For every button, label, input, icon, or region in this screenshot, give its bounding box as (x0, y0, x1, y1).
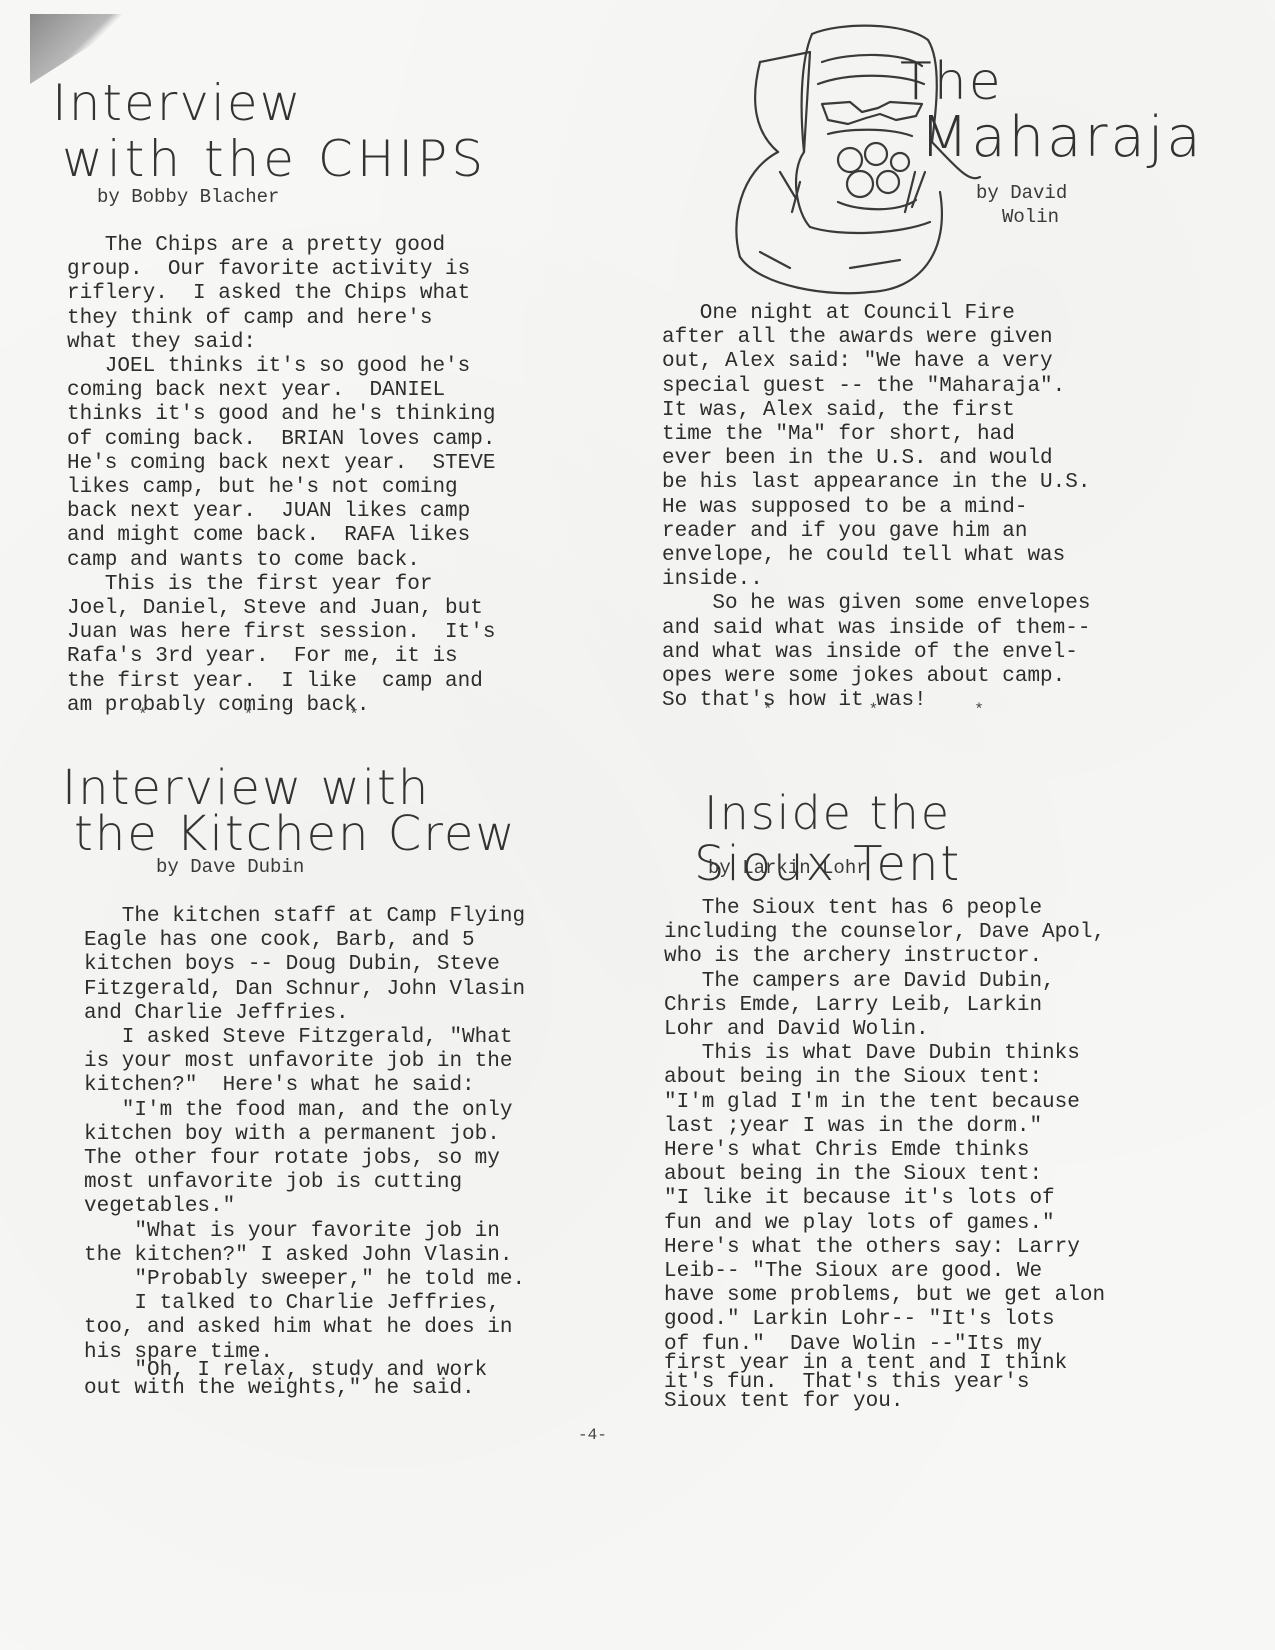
kitchen-title-line-1: Interview with (62, 764, 430, 812)
text-line: Joel, Daniel, Steve and Juan, but (67, 597, 495, 621)
maharaja-separator: * * * (763, 701, 984, 719)
text-line: too, and asked him what he does in (84, 1316, 525, 1340)
text-line: kitchen boy with a permanent job. (84, 1123, 525, 1147)
text-line: fun and we play lots of games." (664, 1212, 1105, 1236)
text-line: group. Our favorite activity is (67, 258, 495, 282)
text-line: Sioux tent for you. (664, 1390, 1105, 1414)
text-line: about being in the Sioux tent: (664, 1066, 1105, 1090)
kitchen-byline: by Dave Dubin (156, 856, 304, 878)
text-line: Rafa's 3rd year. For me, it is (67, 645, 495, 669)
text-line: have some problems, but we get alon (664, 1284, 1105, 1308)
text-line: good." Larkin Lohr-- "It's lots (664, 1308, 1105, 1332)
text-line: coming back next year. DANIEL (67, 379, 495, 403)
maharaja-title-line-2: Maharaja (920, 110, 1204, 166)
text-line: they think of camp and here's (67, 307, 495, 331)
text-line: after all the awards were given (662, 326, 1090, 350)
maharaja-title-line-1: The (900, 56, 1003, 108)
kitchen-body: The kitchen staff at Camp FlyingEagle ha… (84, 905, 525, 1401)
text-line: vegetables." (84, 1195, 525, 1219)
chips-title-line-1: Interview (52, 78, 303, 128)
chips-separator: * * * (138, 706, 359, 724)
text-line: kitchen boys -- Doug Dubin, Steve (84, 953, 525, 977)
text-line: reader and if you gave him an (662, 520, 1090, 544)
text-line: camp and wants to come back. (67, 549, 495, 573)
text-line: Leib-- "The Sioux are good. We (664, 1260, 1105, 1284)
kitchen-title-line-2: the Kitchen Crew (74, 810, 517, 858)
text-line: special guest -- the "Maharaja". (662, 375, 1090, 399)
text-line: Lohr and David Wolin. (664, 1018, 1105, 1042)
text-line: and might come back. RAFA likes (67, 524, 495, 548)
text-line: ever been in the U.S. and would (662, 447, 1090, 471)
text-line: last ;year I was in the dorm." (664, 1115, 1105, 1139)
maharaja-byline-line-1: by David (976, 182, 1067, 204)
text-line: JOEL thinks it's so good he's (67, 355, 495, 379)
text-line: the first year. I like camp and (67, 670, 495, 694)
text-line: Juan was here first session. It's (67, 621, 495, 645)
text-line: who is the archery instructor. (664, 945, 1105, 969)
text-line: The Sioux tent has 6 people (664, 897, 1105, 921)
sioux-body: The Sioux tent has 6 peopleincluding the… (664, 897, 1105, 1414)
text-line: Here's what Chris Emde thinks (664, 1139, 1105, 1163)
text-line: kitchen?" Here's what he said: (84, 1074, 525, 1098)
text-line: is your most unfavorite job in the (84, 1050, 525, 1074)
text-line: I asked Steve Fitzgerald, "What (84, 1026, 525, 1050)
text-line: I talked to Charlie Jeffries, (84, 1292, 525, 1316)
text-line: opes were some jokes about camp. (662, 665, 1090, 689)
text-line: of coming back. BRIAN loves camp. (67, 428, 495, 452)
text-line: "I'm the food man, and the only (84, 1099, 525, 1123)
text-line: This is the first year for (67, 573, 495, 597)
text-line: The Chips are a pretty good (67, 234, 495, 258)
sioux-byline: by Larkin Lohr (708, 857, 868, 879)
text-line: inside.. (662, 568, 1090, 592)
text-line: Fitzgerald, Dan Schnur, John Vlasin (84, 978, 525, 1002)
text-line: "Probably sweeper," he told me. (84, 1268, 525, 1292)
chips-title-line-2: with the CHIPS (62, 134, 487, 184)
text-line: thinks it's good and he's thinking (67, 403, 495, 427)
text-line: out, Alex said: "We have a very (662, 350, 1090, 374)
page-number: -4- (578, 1426, 607, 1444)
text-line: time the "Ma" for short, had (662, 423, 1090, 447)
text-line: including the counselor, Dave Apol, (664, 921, 1105, 945)
text-line: Chris Emde, Larry Leib, Larkin (664, 994, 1105, 1018)
text-line: back next year. JUAN likes camp (67, 500, 495, 524)
chips-byline: by Bobby Blacher (97, 186, 279, 208)
text-line: "I like it because it's lots of (664, 1187, 1105, 1211)
text-line: be his last appearance in the U.S. (662, 471, 1090, 495)
text-line: "I'm glad I'm in the tent because (664, 1091, 1105, 1115)
maharaja-byline-line-2: Wolin (1002, 206, 1059, 228)
text-line: This is what Dave Dubin thinks (664, 1042, 1105, 1066)
text-line: So he was given some envelopes (662, 592, 1090, 616)
text-line: the kitchen?" I asked John Vlasin. (84, 1244, 525, 1268)
text-line: The campers are David Dubin, (664, 970, 1105, 994)
text-line: The other four rotate jobs, so my (84, 1147, 525, 1171)
text-line: and what was inside of the envel- (662, 641, 1090, 665)
text-line: out with the weights," he said. (84, 1377, 525, 1401)
text-line: and Charlie Jeffries. (84, 1002, 525, 1026)
text-line: It was, Alex said, the first (662, 399, 1090, 423)
text-line: and said what was inside of them-- (662, 617, 1090, 641)
text-line: what they said: (67, 331, 495, 355)
text-line: likes camp, but he's not coming (67, 476, 495, 500)
text-line: He's coming back next year. STEVE (67, 452, 495, 476)
text-line: Eagle has one cook, Barb, and 5 (84, 929, 525, 953)
text-line: The kitchen staff at Camp Flying (84, 905, 525, 929)
chips-body: The Chips are a pretty goodgroup. Our fa… (67, 234, 495, 718)
text-line: riflery. I asked the Chips what (67, 282, 495, 306)
text-line: He was supposed to be a mind- (662, 496, 1090, 520)
text-line: One night at Council Fire (662, 302, 1090, 326)
text-line: envelope, he could tell what was (662, 544, 1090, 568)
text-line: Here's what the others say: Larry (664, 1236, 1105, 1260)
maharaja-body: One night at Council Fireafter all the a… (662, 302, 1090, 713)
text-line: most unfavorite job is cutting (84, 1171, 525, 1195)
text-line: "What is your favorite job in (84, 1220, 525, 1244)
text-line: about being in the Sioux tent: (664, 1163, 1105, 1187)
sioux-title-line-1: Inside the (704, 790, 951, 836)
